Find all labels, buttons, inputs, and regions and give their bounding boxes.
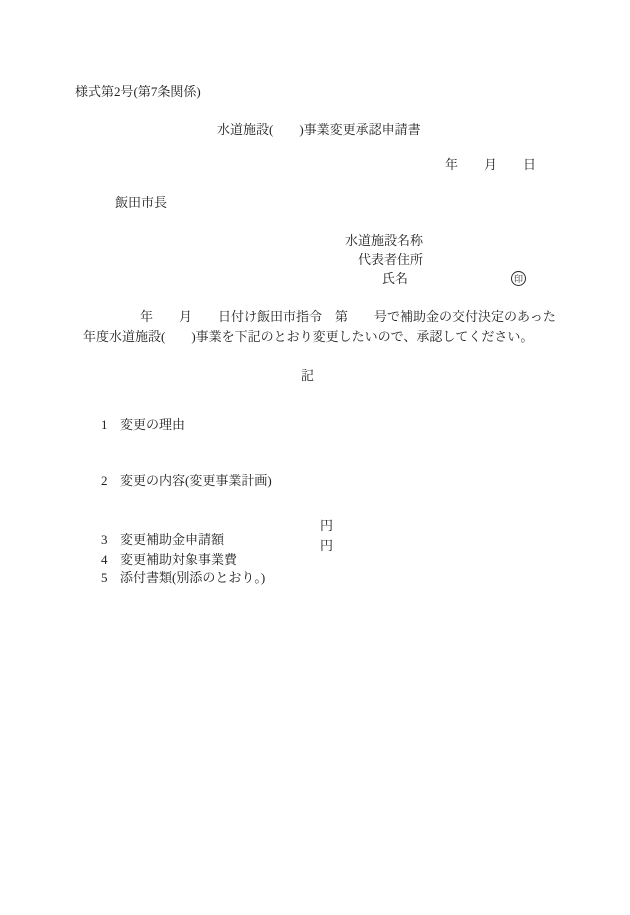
item-number: 1: [101, 418, 120, 432]
addressee-mayor: 飯田市長: [115, 196, 167, 210]
document-title: 水道施設( )事業変更承認申請書: [217, 123, 421, 137]
item-label: 添付書類(別添のとおり。): [120, 570, 265, 585]
body-text-line1: 年 月 日付け飯田市指令 第 号で補助金の交付決定のあった: [140, 310, 556, 324]
list-item-1: 1変更の理由: [88, 404, 568, 446]
seal-stamp-icon: 印: [511, 271, 526, 286]
item-unit: 円: [320, 519, 333, 533]
form-number: 様式第2号(第7条関係): [75, 85, 201, 99]
item-number: 5: [101, 571, 120, 585]
name-label: 氏名: [382, 272, 408, 286]
item-number: 2: [101, 474, 120, 488]
list-item-2: 2変更の内容(変更事業計画): [88, 460, 568, 502]
record-heading: 記: [301, 369, 314, 383]
item-label: 変更の理由: [120, 417, 185, 432]
item-label: 変更の内容(変更事業計画): [120, 473, 272, 488]
item-unit: 円: [320, 539, 333, 553]
body-text-line2: 年度水道施設( )事業を下記のとおり変更したいので、承認してください。: [83, 330, 533, 344]
representative-address-label: 代表者住所: [358, 253, 423, 267]
facility-name-label: 水道施設名称: [345, 234, 423, 248]
date-line: 年 月 日: [445, 158, 536, 172]
document-page: 様式第2号(第7条関係) 水道施設( )事業変更承認申請書 年 月 日 飯田市長…: [0, 0, 630, 915]
list-item-5: 5添付書類(別添のとおり。): [88, 557, 568, 599]
